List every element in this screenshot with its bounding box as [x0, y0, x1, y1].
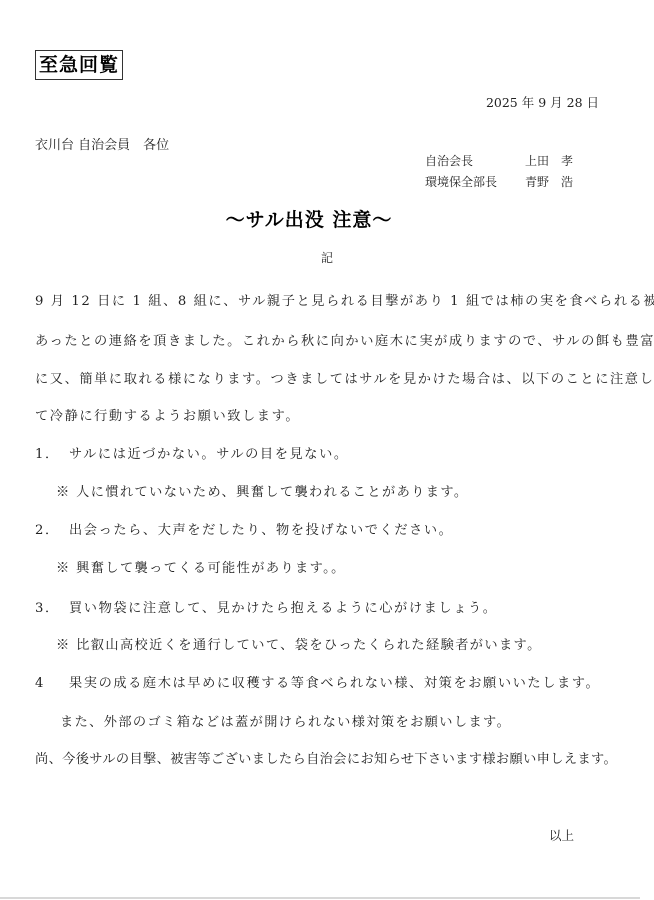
intro-line: 9 月 12 日に 1 組、8 組に、サル親子と見られる目撃があり 1 組では柿… [35, 290, 654, 309]
list-item-1: 1．サルには近づかない。サルの目を見ない。 [35, 443, 349, 462]
item-number: 2． [35, 519, 69, 538]
item-text: サルには近づかない。サルの目を見ない。 [69, 447, 349, 462]
title-text: ～サル出没 注意～ [226, 209, 393, 231]
intro-line: て冷静に行動するようお願い致します。 [35, 405, 300, 424]
item-number: 4 [35, 676, 69, 691]
item-note-4: また、外部のゴミ箱などは蓋が開けられない様対策をお願いします。 [60, 711, 511, 730]
item-text: 果実の成る庭木は早めに収穫する等食べられない様、対策をお願いいたします。 [69, 676, 600, 691]
intro-line: に又、簡単に取れる様になります。つきましてはサルを見かけた場合は、以下のことに注… [35, 368, 654, 387]
sender-environment-head: 環境保全部長青野 浩 [425, 173, 573, 190]
sender-name: 青野 浩 [525, 175, 573, 189]
list-item-2: 2．出会ったら、大声をだしたり、物を投げないでください。 [35, 519, 453, 538]
ki-marker: 記 [0, 249, 654, 266]
document-date: 2025 年 9 月 28 日 [486, 93, 599, 111]
sender-chairman: 自治会長上田 孝 [425, 152, 573, 169]
item-note-1: ※ 人に慣れていないため、興奮して襲われることがあります。 [56, 481, 468, 500]
sender-name: 上田 孝 [525, 154, 573, 168]
item-number: 3． [35, 597, 69, 616]
sender-role: 環境保全部長 [425, 173, 525, 190]
urgent-circulation-stamp: 至急回覧 [35, 50, 123, 80]
footer-note: 尚、今後サルの目撃、被害等ございましたら自治会にお知らせ下さいます様お願い申しえ… [35, 748, 617, 767]
item-text: 出会ったら、大声をだしたり、物を投げないでください。 [69, 523, 453, 538]
intro-line: あったとの連絡を頂きました。これから秋に向かい庭木に実が成りますので、サルの餌も… [35, 330, 654, 349]
item-text: 買い物袋に注意して、見かけたら抱えるように心がけましょう。 [69, 601, 498, 616]
item-number: 1． [35, 443, 69, 462]
item-note-2: ※ 興奮して襲ってくる可能性があります。。 [56, 557, 346, 576]
scan-bottom-edge [0, 897, 640, 899]
item-note-3: ※ 比叡山高校近くを通行していて、袋をひったくられた経験者がいます。 [56, 634, 542, 653]
list-item-3: 3．買い物袋に注意して、見かけたら抱えるように心がけましょう。 [35, 597, 498, 616]
closing-ijo: 以上 [549, 826, 574, 844]
document-title: ～サル出没 注意～ [0, 205, 654, 232]
sender-role: 自治会長 [425, 152, 525, 169]
list-item-4: 4果実の成る庭木は早めに収穫する等食べられない様、対策をお願いいたします。 [35, 672, 600, 691]
addressee: 衣川台 自治会員 各位 [35, 134, 169, 153]
